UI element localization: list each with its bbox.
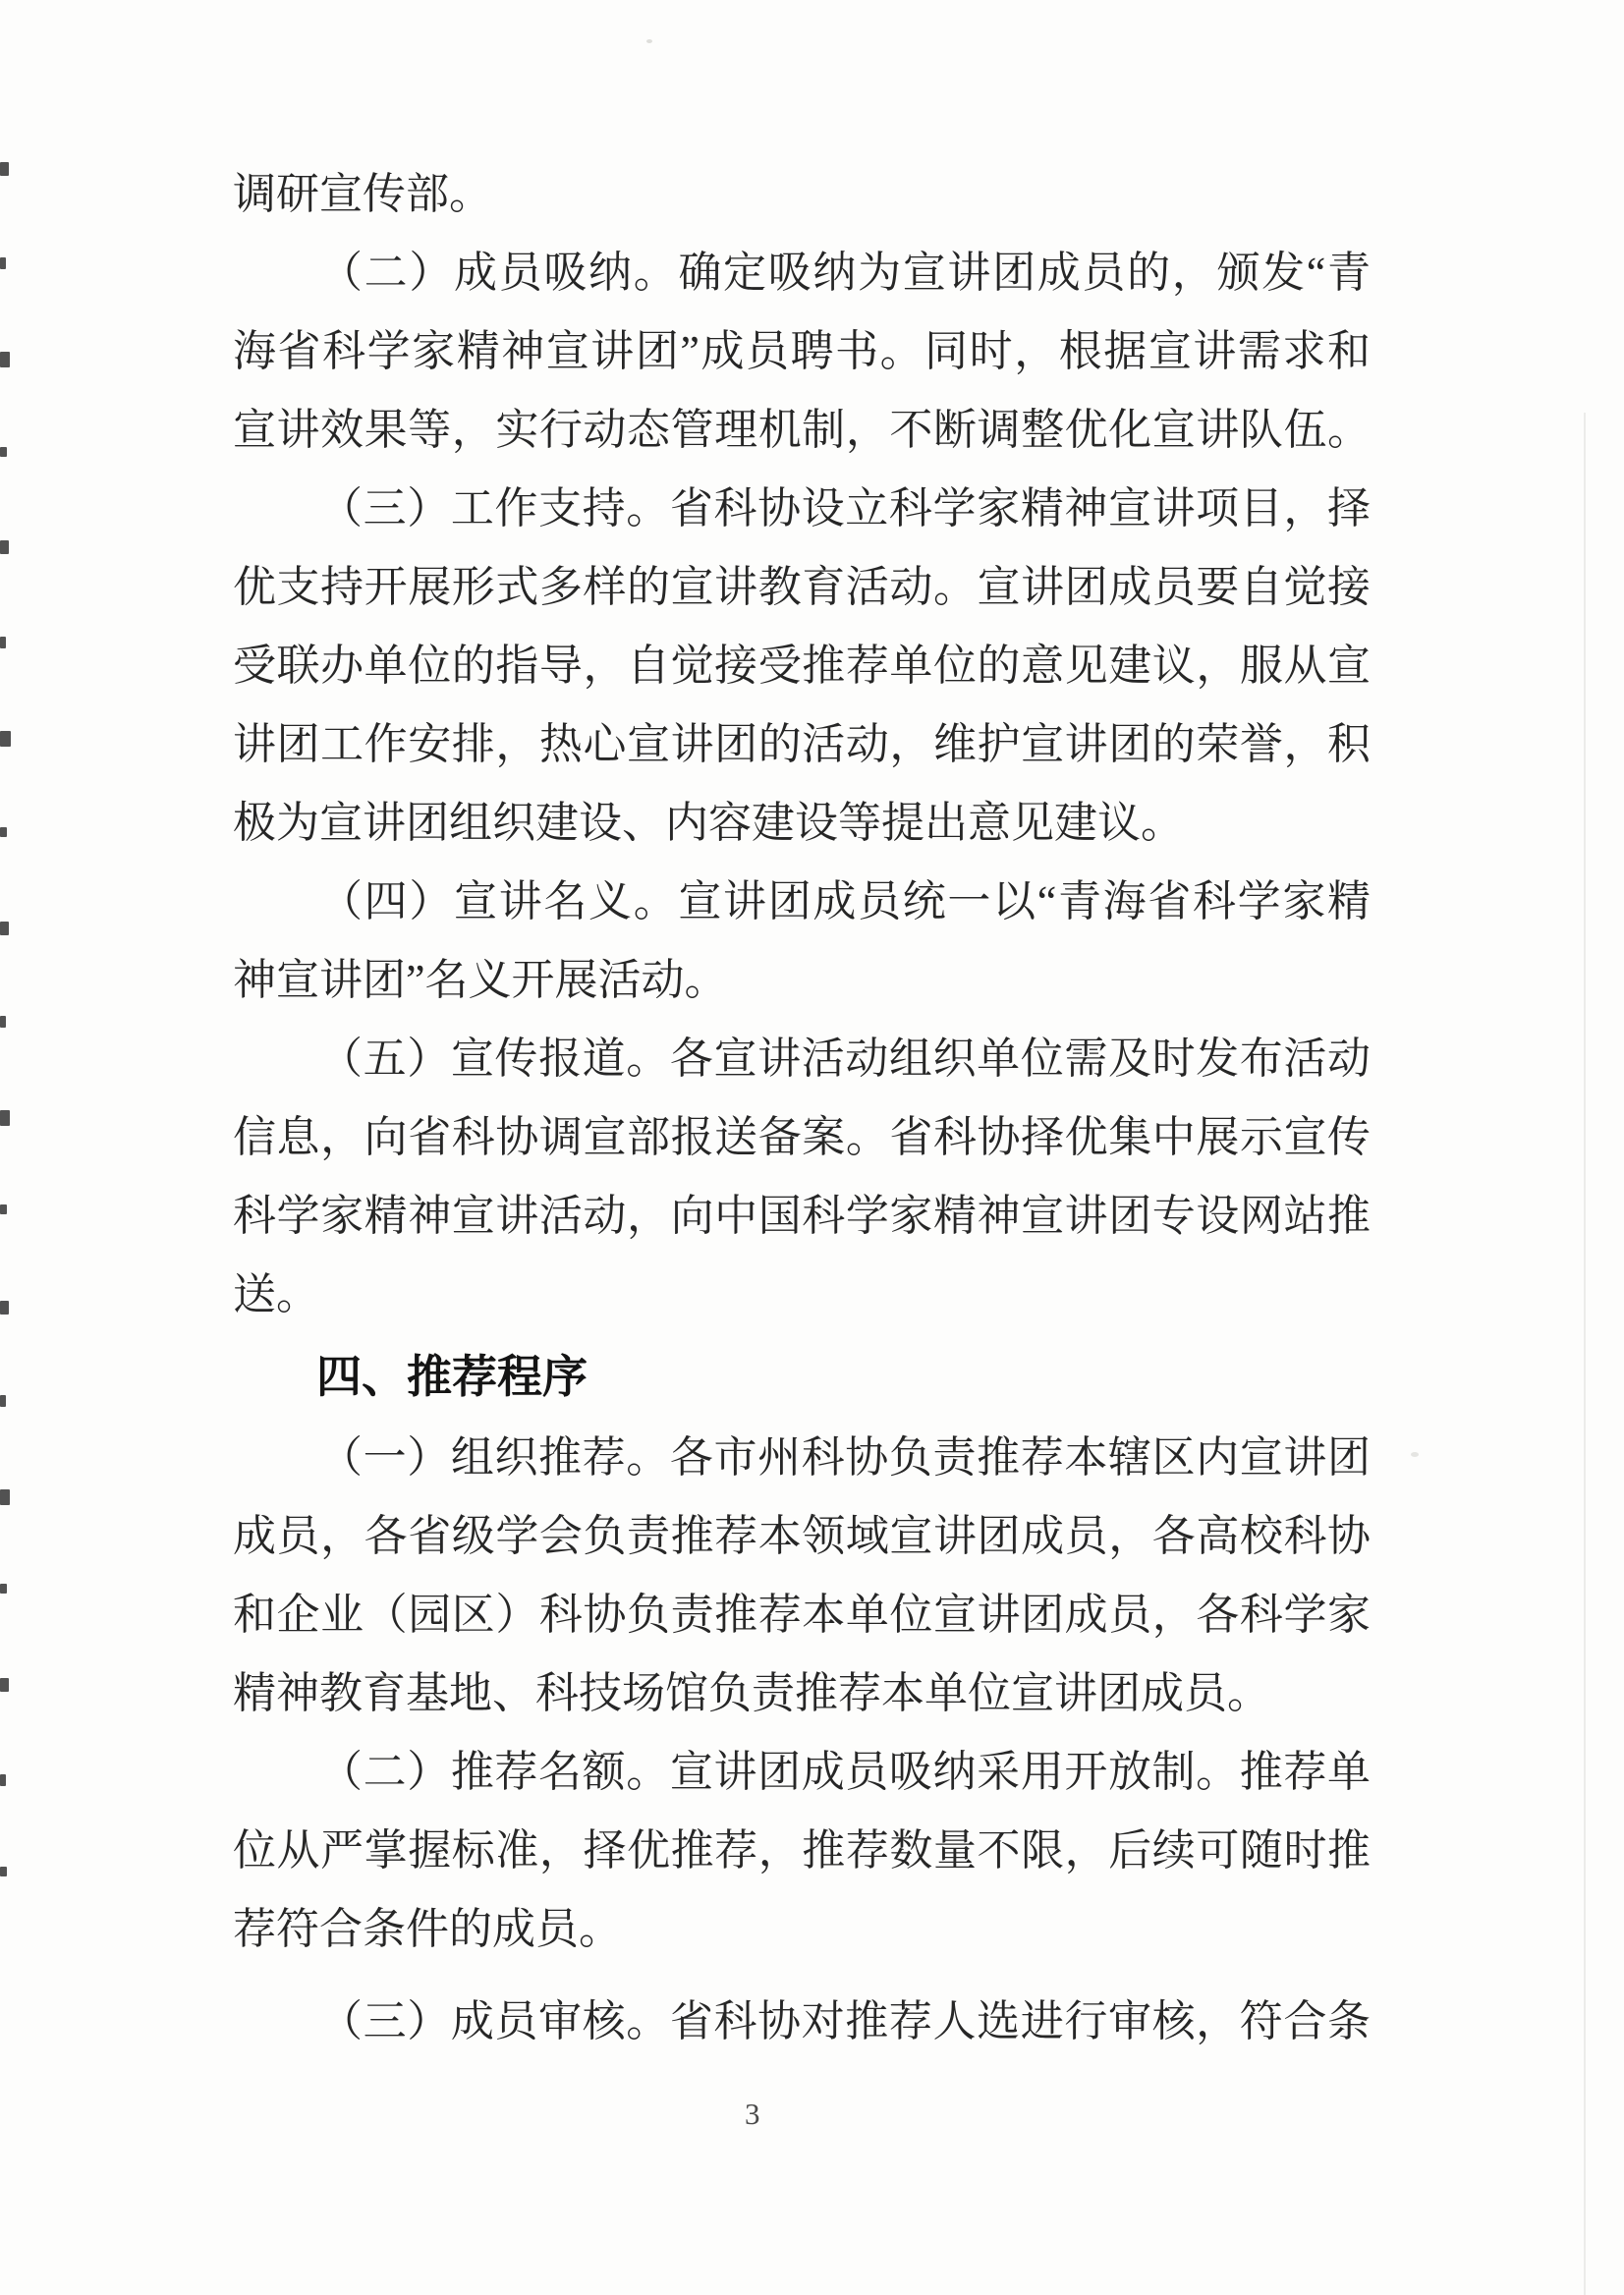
scan-edge-mark [0,827,7,837]
document-line: 海省科学家精神宣讲团”成员聘书。同时，根据宣讲需求和 [233,312,1371,391]
document-line: 信息，向省科协调宣部报送备案。省科协择优集中展示宣传 [233,1098,1371,1177]
document-line: 调研宣传部。 [233,155,1371,234]
scan-edge-mark [0,540,9,554]
document-line: 极为宣讲团组织建设、内容建设等提出意见建议。 [233,784,1371,863]
scan-edge-mark [0,1774,6,1786]
scan-edge-mark [0,1110,10,1126]
document-line: 成员，各省级学会负责推荐本领域宣讲团成员，各高校科协 [233,1497,1371,1576]
document-page: 调研宣传部。（二）成员吸纳。确定吸纳为宣讲团成员的，颁发“青海省科学家精神宣讲团… [0,0,1624,2295]
scan-edge-mark [0,1489,10,1505]
document-line: 讲团工作安排，热心宣讲团的活动，维护宣讲团的荣誉，积 [233,705,1371,784]
scan-edge-mark [0,352,10,367]
scan-edge-mark [0,1678,9,1692]
section-heading: 四、推荐程序 [233,1334,1371,1419]
document-line: 送。 [233,1256,1371,1334]
scan-edge-mark [0,1016,6,1028]
scan-edge-mark [0,447,7,457]
page-number: 3 [745,2095,760,2134]
scan-edge-mark [0,637,6,648]
scan-edge-mark [0,1204,7,1214]
document-line: 科学家精神宣讲活动，向中国科学家精神宣讲团专设网站推 [233,1177,1371,1256]
scan-edge-mark [0,257,6,269]
document-line: （三）工作支持。省科协设立科学家精神宣讲项目，择 [233,470,1371,548]
document-line: （一）组织推荐。各市州科协负责推荐本辖区内宣讲团 [233,1419,1371,1497]
document-line: （三）成员审核。省科协对推荐人选进行审核，符合条 [233,1983,1371,2061]
document-line: （二）推荐名额。宣讲团成员吸纳采用开放制。推荐单 [233,1733,1371,1812]
document-line: 宣讲效果等，实行动态管理机制，不断调整优化宣讲队伍。 [233,391,1371,470]
document-line: 受联办单位的指导，自觉接受推荐单位的意见建议，服从宣 [233,627,1371,705]
scan-edge-mark [0,922,9,935]
scan-edge-mark [0,731,11,747]
document-line: 精神教育基地、科技场馆负责推荐本单位宣讲团成员。 [233,1654,1371,1733]
document-line: （二）成员吸纳。确定吸纳为宣讲团成员的，颁发“青 [233,234,1371,312]
scan-speck [1411,1452,1419,1457]
scan-edge-mark [0,1584,7,1594]
document-line: 荐符合条件的成员。 [233,1890,1371,1969]
document-line: 位从严掌握标准，择优推荐，推荐数量不限，后续可随时推 [233,1812,1371,1890]
document-line: 神宣讲团”名义开展活动。 [233,941,1371,1020]
document-line: 优支持开展形式多样的宣讲教育活动。宣讲团成员要自觉接 [233,548,1371,627]
scan-edge-shadow [1584,413,1586,2295]
document-line: （五）宣传报道。各宣讲活动组织单位需及时发布活动 [233,1020,1371,1098]
scan-edge-mark [0,1301,9,1315]
document-line: （四）宣讲名义。宣讲团成员统一以“青海省科学家精 [233,863,1371,941]
scan-speck [646,39,652,43]
scan-edge-mark [0,1867,7,1876]
scan-edge-mark [0,1395,6,1407]
scan-edge-mark [0,162,9,176]
document-line: 和企业（园区）科协负责推荐本单位宣讲团成员，各科学家 [233,1576,1371,1654]
document-content: 调研宣传部。（二）成员吸纳。确定吸纳为宣讲团成员的，颁发“青海省科学家精神宣讲团… [233,155,1371,2061]
